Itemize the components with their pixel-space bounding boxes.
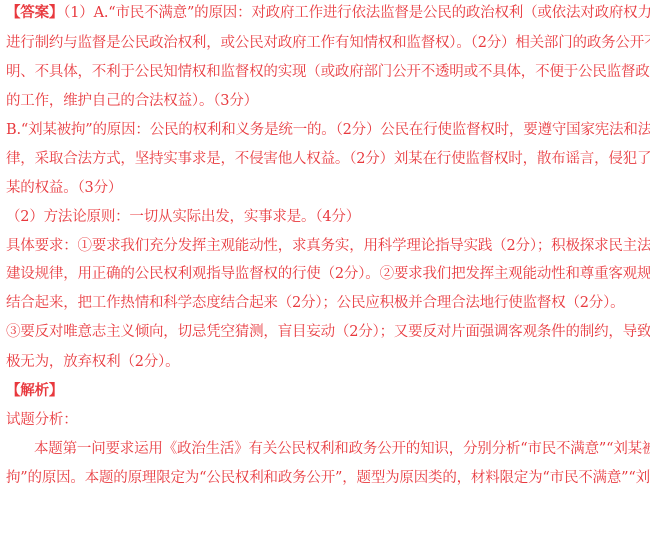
answer-line-4: 的工作，维护自己的合法权益）。（3分） xyxy=(6,91,258,111)
answer-line-7: 某的权益。（3分） xyxy=(6,178,122,198)
answer-line-12: ③要反对唯意志主义倾向，切忌凭空猜测，盲目妄动（2分）；又要反对片面强调客观条件… xyxy=(6,322,650,342)
answer-text: （1）A.“市民不满意”的原因：对政府工作进行依法监督是公民的政治权利（或依法对… xyxy=(63,5,650,21)
answer-line-9: 具体要求：①要求我们充分发挥主观能动性，求真务实，用科学理论指导实践（2分）；积… xyxy=(6,236,650,256)
answer-line-3: 明、不具体，不利于公民知情权和监督权的实现（或政府部门公开不透明或不具体，不便于… xyxy=(6,62,650,82)
answer-line-10: 建设规律，用正确的公民权利观指导监督权的行使（2分）。②要求我们把发挥主观能动性… xyxy=(6,264,650,284)
answer-line-2: 进行制约与监督是公民政治权利，或公民对政府工作有知情权和监督权）。（2分）相关部… xyxy=(6,33,650,53)
answer-line-6: 律，采取合法方式，坚持实事求是，不侵害他人权益。（2分）刘某在行使监督权时，散布… xyxy=(6,149,650,169)
analysis-line-1: 本题第一问要求运用《政治生活》有关公民权利和政务公开的知识，分别分析“市民不满意… xyxy=(6,439,650,459)
answer-line-5: B.“刘某被拘”的原因：公民的权利和义务是统一的。（2分）公民在行使监督权时，要… xyxy=(6,120,650,140)
analysis-line-2: 拘”的原因。本题的原理限定为“公民权利和政务公开”，题型为原因类的，材料限定为“… xyxy=(6,468,650,488)
answer-label: 【答案】 xyxy=(6,4,63,21)
analysis-subheading: 试题分析： xyxy=(6,410,78,430)
analysis-heading: 【解析】 xyxy=(6,381,63,401)
answer-line-11: 结合起来，把工作热情和科学态度结合起来（2分）；公民应积极并合理合法地行使监督权… xyxy=(6,293,624,313)
answer-line-13: 极无为，放弃权利（2分）。 xyxy=(6,352,179,372)
answer-line-8: （2）方法论原则：一切从实际出发，实事求是。（4分） xyxy=(6,207,360,227)
answer-line-1: 【答案】（1）A.“市民不满意”的原因：对政府工作进行依法监督是公民的政治权利（… xyxy=(6,3,650,23)
